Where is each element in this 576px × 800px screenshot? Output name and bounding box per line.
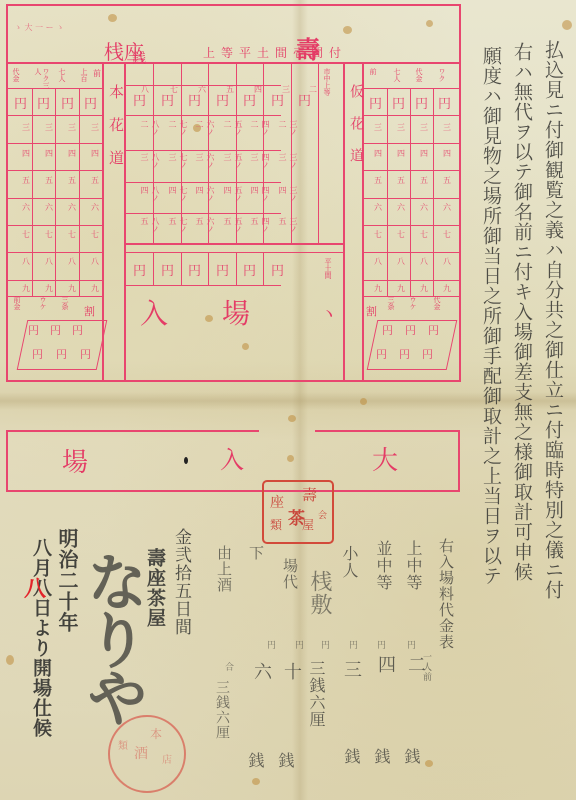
- row-code: 八ノ四: [139, 186, 161, 206]
- row-code: 七ノ五: [167, 217, 189, 237]
- row-number: 七: [420, 229, 428, 240]
- row-number: 八: [45, 256, 53, 267]
- row-number: 六: [443, 202, 451, 213]
- row-number: 八: [22, 256, 30, 267]
- row-code: 三ノ四: [277, 186, 299, 206]
- column-label: 三: [282, 84, 290, 95]
- wari-label: 割: [84, 303, 95, 319]
- ledger-heading: 右入場料代金表: [436, 538, 456, 768]
- header-heading: 上等平土間壱間付: [203, 44, 347, 61]
- row-code: 五ノ五: [222, 217, 244, 237]
- price-mark: 円: [376, 346, 387, 362]
- price-mark: 円: [80, 346, 91, 362]
- seal-char: 会: [318, 508, 327, 521]
- ledger-label: 小人: [338, 545, 361, 635]
- row-code: 三ノ三: [277, 153, 299, 173]
- ledger-sen: 銭: [340, 748, 363, 765]
- ledger-sen: 銭: [370, 748, 393, 765]
- row-number: 六: [374, 202, 382, 213]
- ledger-yen: 円: [374, 640, 387, 650]
- column-label: 八: [141, 84, 149, 95]
- row-number: 七: [68, 229, 76, 240]
- price-mark: 円: [369, 93, 382, 112]
- price-mark: 円: [61, 93, 74, 112]
- row-number: 九: [420, 283, 428, 294]
- ledger-label: 上中等: [402, 540, 425, 630]
- row-number: 五: [45, 175, 53, 186]
- row-number: 九: [374, 283, 382, 294]
- era-line: 明治二十年: [54, 528, 80, 688]
- column-label: 二: [309, 84, 317, 95]
- row-number: 九: [443, 283, 451, 294]
- stain: [252, 778, 260, 785]
- stain: [360, 398, 367, 405]
- row-code: 七ノ三: [167, 153, 189, 173]
- stain: [425, 760, 433, 767]
- row-number: 四: [374, 148, 382, 159]
- issuer-line: 金弐拾五日間: [170, 528, 192, 678]
- row-number: 三: [68, 122, 76, 133]
- passage-hanamichi-main: 本花道: [106, 84, 127, 204]
- row-number: 四: [22, 148, 30, 159]
- row-number: 八: [443, 256, 451, 267]
- ledger-yen: 円: [346, 640, 359, 650]
- row-number: 七: [397, 229, 405, 240]
- column-label: 四: [254, 84, 262, 95]
- notice-column: 願度ハ御見物之場所御当日之所御手配御取計之上当日ヲ以テ: [478, 46, 504, 786]
- right-col-header: ワク: [437, 68, 447, 92]
- price-mark: 円: [133, 260, 146, 279]
- notice-column: 右ハ無代ヲ以テ御名前ニ付キ入場御差支無之様御取計可申候: [509, 42, 535, 782]
- row-number: 三: [91, 122, 99, 133]
- row-code: 八ノ三: [139, 153, 161, 173]
- row-code: 六ノ五: [194, 217, 216, 237]
- row-number: 六: [91, 202, 99, 213]
- ledger-label: 並中等: [372, 540, 395, 630]
- row-number: 七: [91, 229, 99, 240]
- seal-char: 類: [270, 516, 282, 533]
- row-number: 五: [91, 175, 99, 186]
- ledger-yen: 円: [404, 640, 417, 650]
- price-mark: 円: [50, 322, 61, 338]
- right-col-header: 前: [368, 68, 378, 92]
- ledger-yen: 円: [318, 640, 331, 650]
- right-col-header: 七人: [392, 68, 402, 92]
- passage-hanamichi-temp: 仮花道: [346, 84, 366, 204]
- row-number: 三: [374, 122, 382, 133]
- ledger-price: 四: [372, 655, 398, 674]
- price-mark: 円: [188, 260, 201, 279]
- row-code: 七ノ四: [167, 186, 189, 206]
- wari-header: 三条: [60, 296, 70, 318]
- stage-label: 入場: [140, 292, 304, 332]
- left-col-header: 前: [93, 68, 101, 79]
- ledger-price: 三銭六厘: [305, 660, 328, 750]
- document-page: 壽 上等平土間壱間付 桟座 銭 ゝ 大 一 ー ゝ 代金 ワク三人 七人 上百 …: [0, 0, 576, 800]
- date-highlight: 八: [24, 572, 46, 603]
- column-label: 六: [198, 84, 206, 95]
- row-number: 八: [91, 256, 99, 267]
- price-mark: 円: [392, 93, 405, 112]
- stain: [287, 455, 294, 462]
- theater-seal-square: 壽 座 茶 屋 類 会: [262, 480, 334, 544]
- wari-header: 前金: [12, 296, 22, 318]
- banner-char: 入: [220, 440, 244, 475]
- row-code: 六ノ四: [194, 186, 216, 206]
- price-mark: 円: [32, 346, 43, 362]
- ledger-sen: 銭: [274, 752, 297, 769]
- side-bottom-label: 平土間: [323, 258, 333, 280]
- row-code: 四ノ四: [249, 186, 271, 206]
- ledger-sen: 銭: [400, 748, 423, 765]
- row-number: 六: [45, 202, 53, 213]
- row-number: 三: [443, 122, 451, 133]
- row-number: 五: [22, 175, 30, 186]
- ledger-price: 六: [248, 662, 274, 681]
- seal-char: 酒: [134, 743, 148, 763]
- ledger-label: 桟敷: [304, 570, 335, 650]
- row-code: 四ノ二: [249, 120, 271, 140]
- price-mark: 円: [14, 93, 27, 112]
- ledger-sen: 銭: [244, 752, 267, 769]
- banner-char: 大: [372, 440, 398, 477]
- round-seal: 本 酒 類 店: [108, 715, 186, 793]
- column-label: 五: [226, 84, 234, 95]
- ledger-yen: 円: [264, 640, 277, 650]
- row-number: 八: [374, 256, 382, 267]
- seal-char: 本: [150, 725, 162, 742]
- row-number: 四: [420, 148, 428, 159]
- row-number: 六: [420, 202, 428, 213]
- stain: [562, 20, 572, 30]
- row-number: 四: [397, 148, 405, 159]
- price-mark: 円: [243, 260, 256, 279]
- row-number: 九: [22, 283, 30, 294]
- stain: [343, 26, 352, 34]
- row-code: 七ノ二: [167, 120, 189, 140]
- ledger-label: 場代: [280, 558, 301, 648]
- sub-mark: 銭: [132, 48, 146, 68]
- row-number: 六: [397, 202, 405, 213]
- row-number: 九: [91, 283, 99, 294]
- ledger-extra-price: 三銭六厘: [212, 680, 232, 770]
- row-code: 八ノ二: [139, 120, 161, 140]
- row-number: 四: [91, 148, 99, 159]
- stage-mark: ヽ: [320, 300, 338, 326]
- row-number: 五: [68, 175, 76, 186]
- header-small-notes: ゝ 大 一 ー ゝ: [14, 22, 64, 33]
- seal-char: 屋: [302, 516, 314, 533]
- row-number: 四: [45, 148, 53, 159]
- row-number: 六: [22, 202, 30, 213]
- row-number: 五: [374, 175, 382, 186]
- banner-char: 場: [62, 442, 88, 479]
- wari-header: 三条: [386, 296, 396, 318]
- row-number: 七: [374, 229, 382, 240]
- left-col-header: ワク三人: [34, 68, 50, 92]
- ledger-label: 下: [246, 545, 267, 635]
- row-number: 三: [397, 122, 405, 133]
- left-col-header: 七人: [58, 68, 66, 92]
- price-mark: 円: [399, 346, 410, 362]
- price-mark: 円: [405, 322, 416, 338]
- seal-char: 店: [162, 751, 172, 766]
- wari-label: 割: [366, 303, 377, 319]
- price-mark: 円: [84, 93, 97, 112]
- row-code: 三ノ二: [277, 120, 299, 140]
- row-number: 四: [68, 148, 76, 159]
- price-mark: 円: [438, 93, 451, 112]
- left-col-header: 上百: [80, 68, 88, 92]
- price-mark: 円: [271, 260, 284, 279]
- row-number: 七: [443, 229, 451, 240]
- stain: [426, 20, 433, 27]
- row-code: 五ノ四: [222, 186, 244, 206]
- ledger-yen: 円: [292, 640, 305, 650]
- row-code: 四ノ五: [249, 217, 271, 237]
- price-mark: 円: [428, 322, 439, 338]
- row-number: 五: [420, 175, 428, 186]
- price-mark: 円: [382, 322, 393, 338]
- stain: [288, 415, 296, 422]
- row-code: 八ノ五: [139, 217, 161, 237]
- row-number: 五: [397, 175, 405, 186]
- row-code: 四ノ三: [249, 153, 271, 173]
- notice-column: 払込見ニ付御観覧之義ハ自分共之御仕立ニ付臨時特別之儀ニ付: [540, 40, 566, 780]
- price-mark: 円: [72, 322, 83, 338]
- ledger-extra: 由上酒: [214, 545, 235, 615]
- row-number: 八: [397, 256, 405, 267]
- seal-char: 座: [270, 492, 284, 512]
- row-number: 三: [45, 122, 53, 133]
- row-number: 五: [443, 175, 451, 186]
- ink-dot: [184, 457, 188, 464]
- column-label: 七: [170, 84, 178, 95]
- wari-header: ウケ: [38, 296, 48, 318]
- ledger-price: 十: [278, 662, 304, 681]
- wari-header: 代金: [432, 296, 442, 318]
- row-number: 九: [397, 283, 405, 294]
- ledger-price: 三: [338, 660, 364, 679]
- row-number: 八: [68, 256, 76, 267]
- row-number: 六: [68, 202, 76, 213]
- row-number: 三: [22, 122, 30, 133]
- row-number: 九: [45, 283, 53, 294]
- row-code: 五ノ二: [222, 120, 244, 140]
- price-mark: 円: [56, 346, 67, 362]
- stain: [6, 655, 14, 665]
- price-mark: 円: [37, 93, 50, 112]
- side-column-header: 市中上等: [322, 68, 331, 108]
- price-mark: 円: [161, 260, 174, 279]
- row-code: 三ノ五: [277, 217, 299, 237]
- row-code: 六ノ三: [194, 153, 216, 173]
- row-code: 六ノ二: [194, 120, 216, 140]
- wari-header: ウケ: [408, 296, 418, 318]
- row-number: 四: [443, 148, 451, 159]
- left-col-header: 代金: [12, 68, 20, 92]
- price-mark: 円: [422, 346, 433, 362]
- price-mark: 円: [28, 322, 39, 338]
- price-mark: 円: [415, 93, 428, 112]
- row-code: 五ノ三: [222, 153, 244, 173]
- seal-char: 壽: [302, 484, 317, 505]
- ledger-extra-2: 合: [222, 662, 235, 672]
- seal-char: 類: [118, 737, 128, 752]
- right-col-header: 代金: [414, 68, 424, 92]
- price-mark: 円: [216, 260, 229, 279]
- row-number: 九: [68, 283, 76, 294]
- row-number: 七: [22, 229, 30, 240]
- stain: [108, 14, 117, 22]
- row-number: 七: [45, 229, 53, 240]
- stain: [242, 343, 249, 350]
- row-number: 八: [420, 256, 428, 267]
- ledger-price: 二: [402, 655, 428, 674]
- row-number: 三: [420, 122, 428, 133]
